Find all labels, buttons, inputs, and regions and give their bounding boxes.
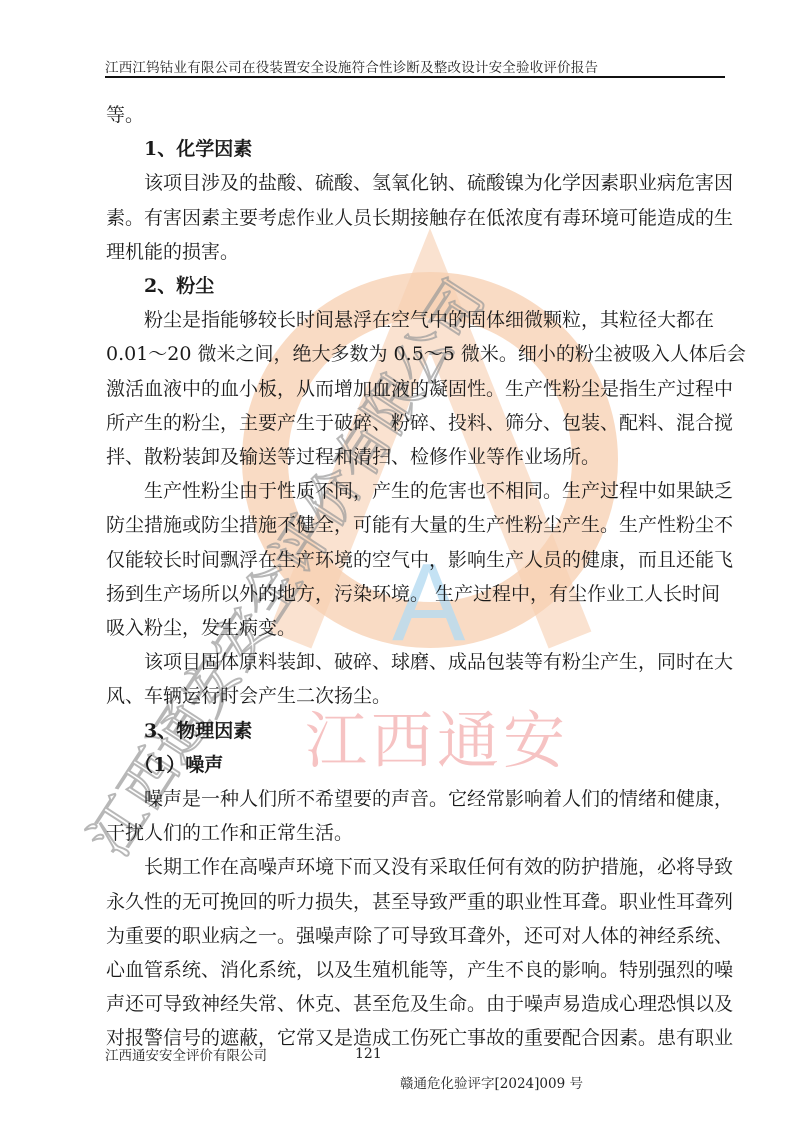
text-line: 仅能较长时间飘浮在生产环境的空气中，影响生产人员的健康，而且还能飞 bbox=[106, 543, 718, 577]
text-line: 理机能的损害。 bbox=[106, 235, 718, 269]
text-line: 对报警信号的遮蔽，它常又是造成工伤死亡事故的重要配合因素。患有职业 bbox=[106, 1021, 718, 1055]
text-line: 激活血液中的血小板，从而增加血液的凝固性。生产性粉尘是指生产过程中 bbox=[106, 372, 718, 406]
paragraph-dust-2: 生产性粉尘由于性质不同，产生的危害也不相同。生产过程中如果缺乏 防尘措施或防尘措… bbox=[106, 474, 718, 645]
text-line: 风、车辆运行时会产生二次扬尘。 bbox=[106, 679, 718, 713]
section-heading-chemical: 1、化学因素 bbox=[106, 132, 718, 166]
text-line: 干扰人们的工作和正常生活。 bbox=[106, 816, 718, 850]
text-line: 生产性粉尘由于性质不同，产生的危害也不相同。生产过程中如果缺乏 bbox=[106, 474, 718, 508]
text-line: 粉尘是指能够较长时间悬浮在空气中的固体细微颗粒，其粒径大都在 bbox=[106, 303, 718, 337]
header-divider bbox=[105, 76, 725, 78]
section-heading-physical: 3、物理因素 bbox=[106, 714, 718, 748]
text-line: 永久性的无可挽回的听力损失，甚至导致严重的职业性耳聋。职业性耳聋列 bbox=[106, 885, 718, 919]
text-line: 所产生的粉尘，主要产生于破碎、粉碎、投料、筛分、包装、配料、混合搅 bbox=[106, 406, 718, 440]
text-line: 长期工作在高噪声环境下而又没有采取任何有效的防护措施，必将导致 bbox=[106, 850, 718, 884]
text-line: 防尘措施或防尘措施不健全，可能有大量的生产性粉尘产生。生产性粉尘不 bbox=[106, 508, 718, 542]
text-line: 该项目固体原料装卸、破碎、球磨、成品包装等有粉尘产生，同时在大 bbox=[106, 645, 718, 679]
subsection-heading-noise: （1）噪声 bbox=[106, 748, 718, 782]
text-line: 为重要的职业病之一。强噪声除了可导致耳聋外，还可对人体的神经系统、 bbox=[106, 919, 718, 953]
text-line: 等。 bbox=[106, 98, 718, 132]
text-line: 素。有害因素主要考虑作业人员长期接触存在低浓度有毒环境可能造成的生 bbox=[106, 201, 718, 235]
document-code: 赣通危化验评字[2024]009 号 bbox=[400, 1072, 583, 1092]
document-header: 江西江钨钴业有限公司在役装置安全设施符合性诊断及整改设计安全验收评价报告 bbox=[105, 56, 725, 76]
text-line: 声还可导致神经失常、休克、甚至危及生命。由于噪声易造成心理恐惧以及 bbox=[106, 987, 718, 1021]
text-line: 扬到生产场所以外的地方，污染环境。 生产过程中，有尘作业工人长时间 bbox=[106, 577, 718, 611]
text-line: 拌、散粉装卸及输送等过程和清扫、检修作业等作业场所。 bbox=[106, 440, 718, 474]
intro-text: 等。 bbox=[106, 98, 718, 132]
paragraph-noise-2: 长期工作在高噪声环境下而又没有采取任何有效的防护措施，必将导致 永久性的无可挽回… bbox=[106, 850, 718, 1055]
document-body: 等。 1、化学因素 该项目涉及的盐酸、硫酸、氢氧化钠、硫酸镍为化学因素职业病危害… bbox=[106, 98, 718, 1056]
section-heading-dust: 2、粉尘 bbox=[106, 269, 718, 303]
text-line: 0.01～20 微米之间，绝大多数为 0.5～5 微米。细小的粉尘被吸入人体后会 bbox=[106, 337, 718, 371]
text-line: 该项目涉及的盐酸、硫酸、氢氧化钠、硫酸镍为化学因素职业病危害因 bbox=[106, 166, 718, 200]
text-line: 噪声是一种人们所不希望要的声音。它经常影响着人们的情绪和健康， bbox=[106, 782, 718, 816]
paragraph-noise-1: 噪声是一种人们所不希望要的声音。它经常影响着人们的情绪和健康， 干扰人们的工作和… bbox=[106, 782, 718, 850]
paragraph-dust-1: 粉尘是指能够较长时间悬浮在空气中的固体细微颗粒，其粒径大都在 0.01～20 微… bbox=[106, 303, 718, 474]
text-line: 吸入粉尘，发生病变。 bbox=[106, 611, 718, 645]
paragraph-dust-3: 该项目固体原料装卸、破碎、球磨、成品包装等有粉尘产生，同时在大 风、车辆运行时会… bbox=[106, 645, 718, 713]
paragraph-chemical: 该项目涉及的盐酸、硫酸、氢氧化钠、硫酸镍为化学因素职业病危害因 素。有害因素主要… bbox=[106, 166, 718, 269]
text-line: 心血管系统、消化系统，以及生殖机能等，产生不良的影响。特别强烈的噪 bbox=[106, 953, 718, 987]
